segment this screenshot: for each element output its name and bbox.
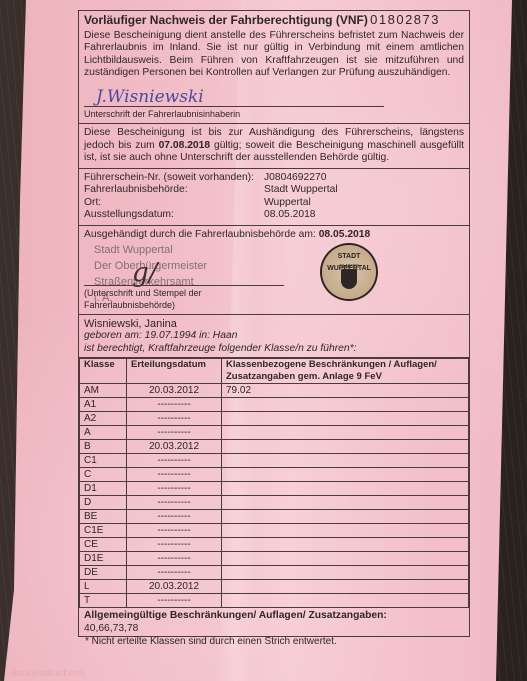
city-seal-icon: STADT WUPPERTAL 0146626 — [322, 245, 376, 299]
birth-info: geboren am: 19.07.1994 in: Haan — [84, 330, 464, 343]
cell-restrictions — [222, 426, 469, 440]
cell-restrictions — [222, 440, 469, 454]
header-issue-date: Erteilungsdatum — [127, 359, 222, 384]
cell-restrictions — [222, 496, 469, 510]
cell-class: A — [80, 426, 127, 440]
cell-issue-date: ---------- — [127, 398, 222, 412]
cell-restrictions — [222, 412, 469, 426]
cell-issue-date: ---------- — [127, 524, 222, 538]
authorization-text: ist berechtigt, Kraftfahrzeuge folgender… — [84, 343, 464, 356]
holder-signature-caption: Unterschrift der Fahrerlaubnisinhaberin — [84, 106, 384, 121]
header-section: Vorläufiger Nachweis der Fahrberechtigun… — [79, 11, 469, 124]
detail-label: Führerschein-Nr. (soweit vorhanden): — [84, 172, 264, 185]
cell-class: C1 — [80, 454, 127, 468]
document-title: Vorläufiger Nachweis der Fahrberechtigun… — [84, 14, 368, 27]
table-row: C---------- — [80, 468, 469, 482]
cell-issue-date: ---------- — [127, 496, 222, 510]
cell-issue-date: ---------- — [127, 412, 222, 426]
cell-class: CE — [80, 538, 127, 552]
cell-restrictions — [222, 594, 469, 608]
table-row: C1E---------- — [80, 524, 469, 538]
cell-restrictions — [222, 482, 469, 496]
holder-name: Wisniewski, Janina — [84, 318, 464, 331]
cell-restrictions — [222, 468, 469, 482]
cell-class: D1E — [80, 552, 127, 566]
detail-value: Stadt Wuppertal — [264, 184, 464, 197]
general-restrictions-value: 40,66,73,78 — [84, 623, 464, 636]
cell-issue-date: ---------- — [127, 594, 222, 608]
cell-restrictions — [222, 398, 469, 412]
cell-restrictions: 79.02 — [222, 384, 469, 398]
table-row: D1---------- — [80, 482, 469, 496]
cell-issue-date: 20.03.2012 — [127, 384, 222, 398]
agency-signature: g/ — [132, 267, 157, 280]
coat-of-arms-icon — [341, 269, 357, 289]
detail-value: 08.05.2018 — [264, 209, 464, 222]
stamp-line: Stadt Wuppertal — [94, 242, 464, 258]
table-row: CE---------- — [80, 538, 469, 552]
table-row: D1E---------- — [80, 552, 469, 566]
cell-restrictions — [222, 524, 469, 538]
table-row: T---------- — [80, 594, 469, 608]
footnote: * Nicht erteilte Klassen sind durch eine… — [85, 636, 337, 647]
detail-value: J0804692270 — [264, 172, 464, 185]
general-restrictions-label: Allgemeingültige Beschränkungen/ Auflage… — [84, 610, 464, 623]
cell-restrictions — [222, 454, 469, 468]
table-row: BE---------- — [80, 510, 469, 524]
table-header-row: Klasse Erteilungsdatum Klassenbezogene B… — [80, 359, 469, 384]
general-restrictions: Allgemeingültige Beschränkungen/ Auflage… — [79, 608, 469, 637]
cell-class: AM — [80, 384, 127, 398]
cell-class: B — [80, 440, 127, 454]
cell-restrictions — [222, 580, 469, 594]
cell-issue-date: ---------- — [127, 538, 222, 552]
cell-issue-date: ---------- — [127, 566, 222, 580]
validity-date: 07.08.2018 — [159, 140, 211, 151]
cell-issue-date: 20.03.2012 — [127, 440, 222, 454]
detail-label: Ausstellungsdatum: — [84, 209, 264, 222]
table-row: L20.03.2012 — [80, 580, 469, 594]
vnf-form: Vorläufiger Nachweis der Fahrberechtigun… — [78, 10, 470, 637]
cell-restrictions — [222, 552, 469, 566]
cell-issue-date: ---------- — [127, 426, 222, 440]
handed-out-label: Ausgehändigt durch die Fahrerlaubnisbehö… — [84, 229, 319, 240]
handed-out-date: 08.05.2018 — [319, 229, 371, 240]
license-details: Führerschein-Nr. (soweit vorhanden):J080… — [79, 169, 469, 226]
serial-number: 01802873 — [370, 14, 440, 27]
cell-restrictions — [222, 510, 469, 524]
detail-label: Ort: — [84, 197, 264, 210]
cell-class: A1 — [80, 398, 127, 412]
holder-section: Wisniewski, Janina geboren am: 19.07.199… — [79, 315, 469, 359]
cell-class: C — [80, 468, 127, 482]
cell-class: D1 — [80, 482, 127, 496]
intro-text: Diese Bescheinigung dient anstelle des F… — [84, 30, 464, 80]
cell-class: C1E — [80, 524, 127, 538]
cell-class: T — [80, 594, 127, 608]
validity-section: Diese Bescheinigung ist bis zur Aushändi… — [79, 124, 469, 169]
cell-restrictions — [222, 538, 469, 552]
table-row: B20.03.2012 — [80, 440, 469, 454]
cell-class: D — [80, 496, 127, 510]
cell-issue-date: ---------- — [127, 552, 222, 566]
license-classes-table: Klasse Erteilungsdatum Klassenbezogene B… — [79, 358, 469, 608]
detail-label: Fahrerlaubnisbehörde: — [84, 184, 264, 197]
header-restrictions: Klassenbezogene Beschränkungen / Auflage… — [222, 359, 469, 384]
agency-caption: (Unterschrift und Stempel der Fahrerlaub… — [84, 285, 284, 312]
cell-issue-date: ---------- — [127, 468, 222, 482]
cell-issue-date: ---------- — [127, 482, 222, 496]
cell-restrictions — [222, 566, 469, 580]
handover-section: Ausgehändigt durch die Fahrerlaubnisbehö… — [79, 226, 469, 315]
cell-class: A2 — [80, 412, 127, 426]
table-row: A---------- — [80, 426, 469, 440]
cell-class: BE — [80, 510, 127, 524]
detail-value: Wuppertal — [264, 197, 464, 210]
header-class: Klasse — [80, 359, 127, 384]
cell-issue-date: ---------- — [127, 454, 222, 468]
printer-mark: Bundesdruckerei — [10, 668, 85, 679]
cell-issue-date: ---------- — [127, 510, 222, 524]
cell-issue-date: 20.03.2012 — [127, 580, 222, 594]
table-row: A2---------- — [80, 412, 469, 426]
table-row: A1---------- — [80, 398, 469, 412]
cell-class: L — [80, 580, 127, 594]
table-row: D---------- — [80, 496, 469, 510]
table-row: AM20.03.201279.02 — [80, 384, 469, 398]
table-row: DE---------- — [80, 566, 469, 580]
cell-class: DE — [80, 566, 127, 580]
table-row: C1---------- — [80, 454, 469, 468]
holder-signature: J.Wisniewski — [84, 86, 464, 106]
